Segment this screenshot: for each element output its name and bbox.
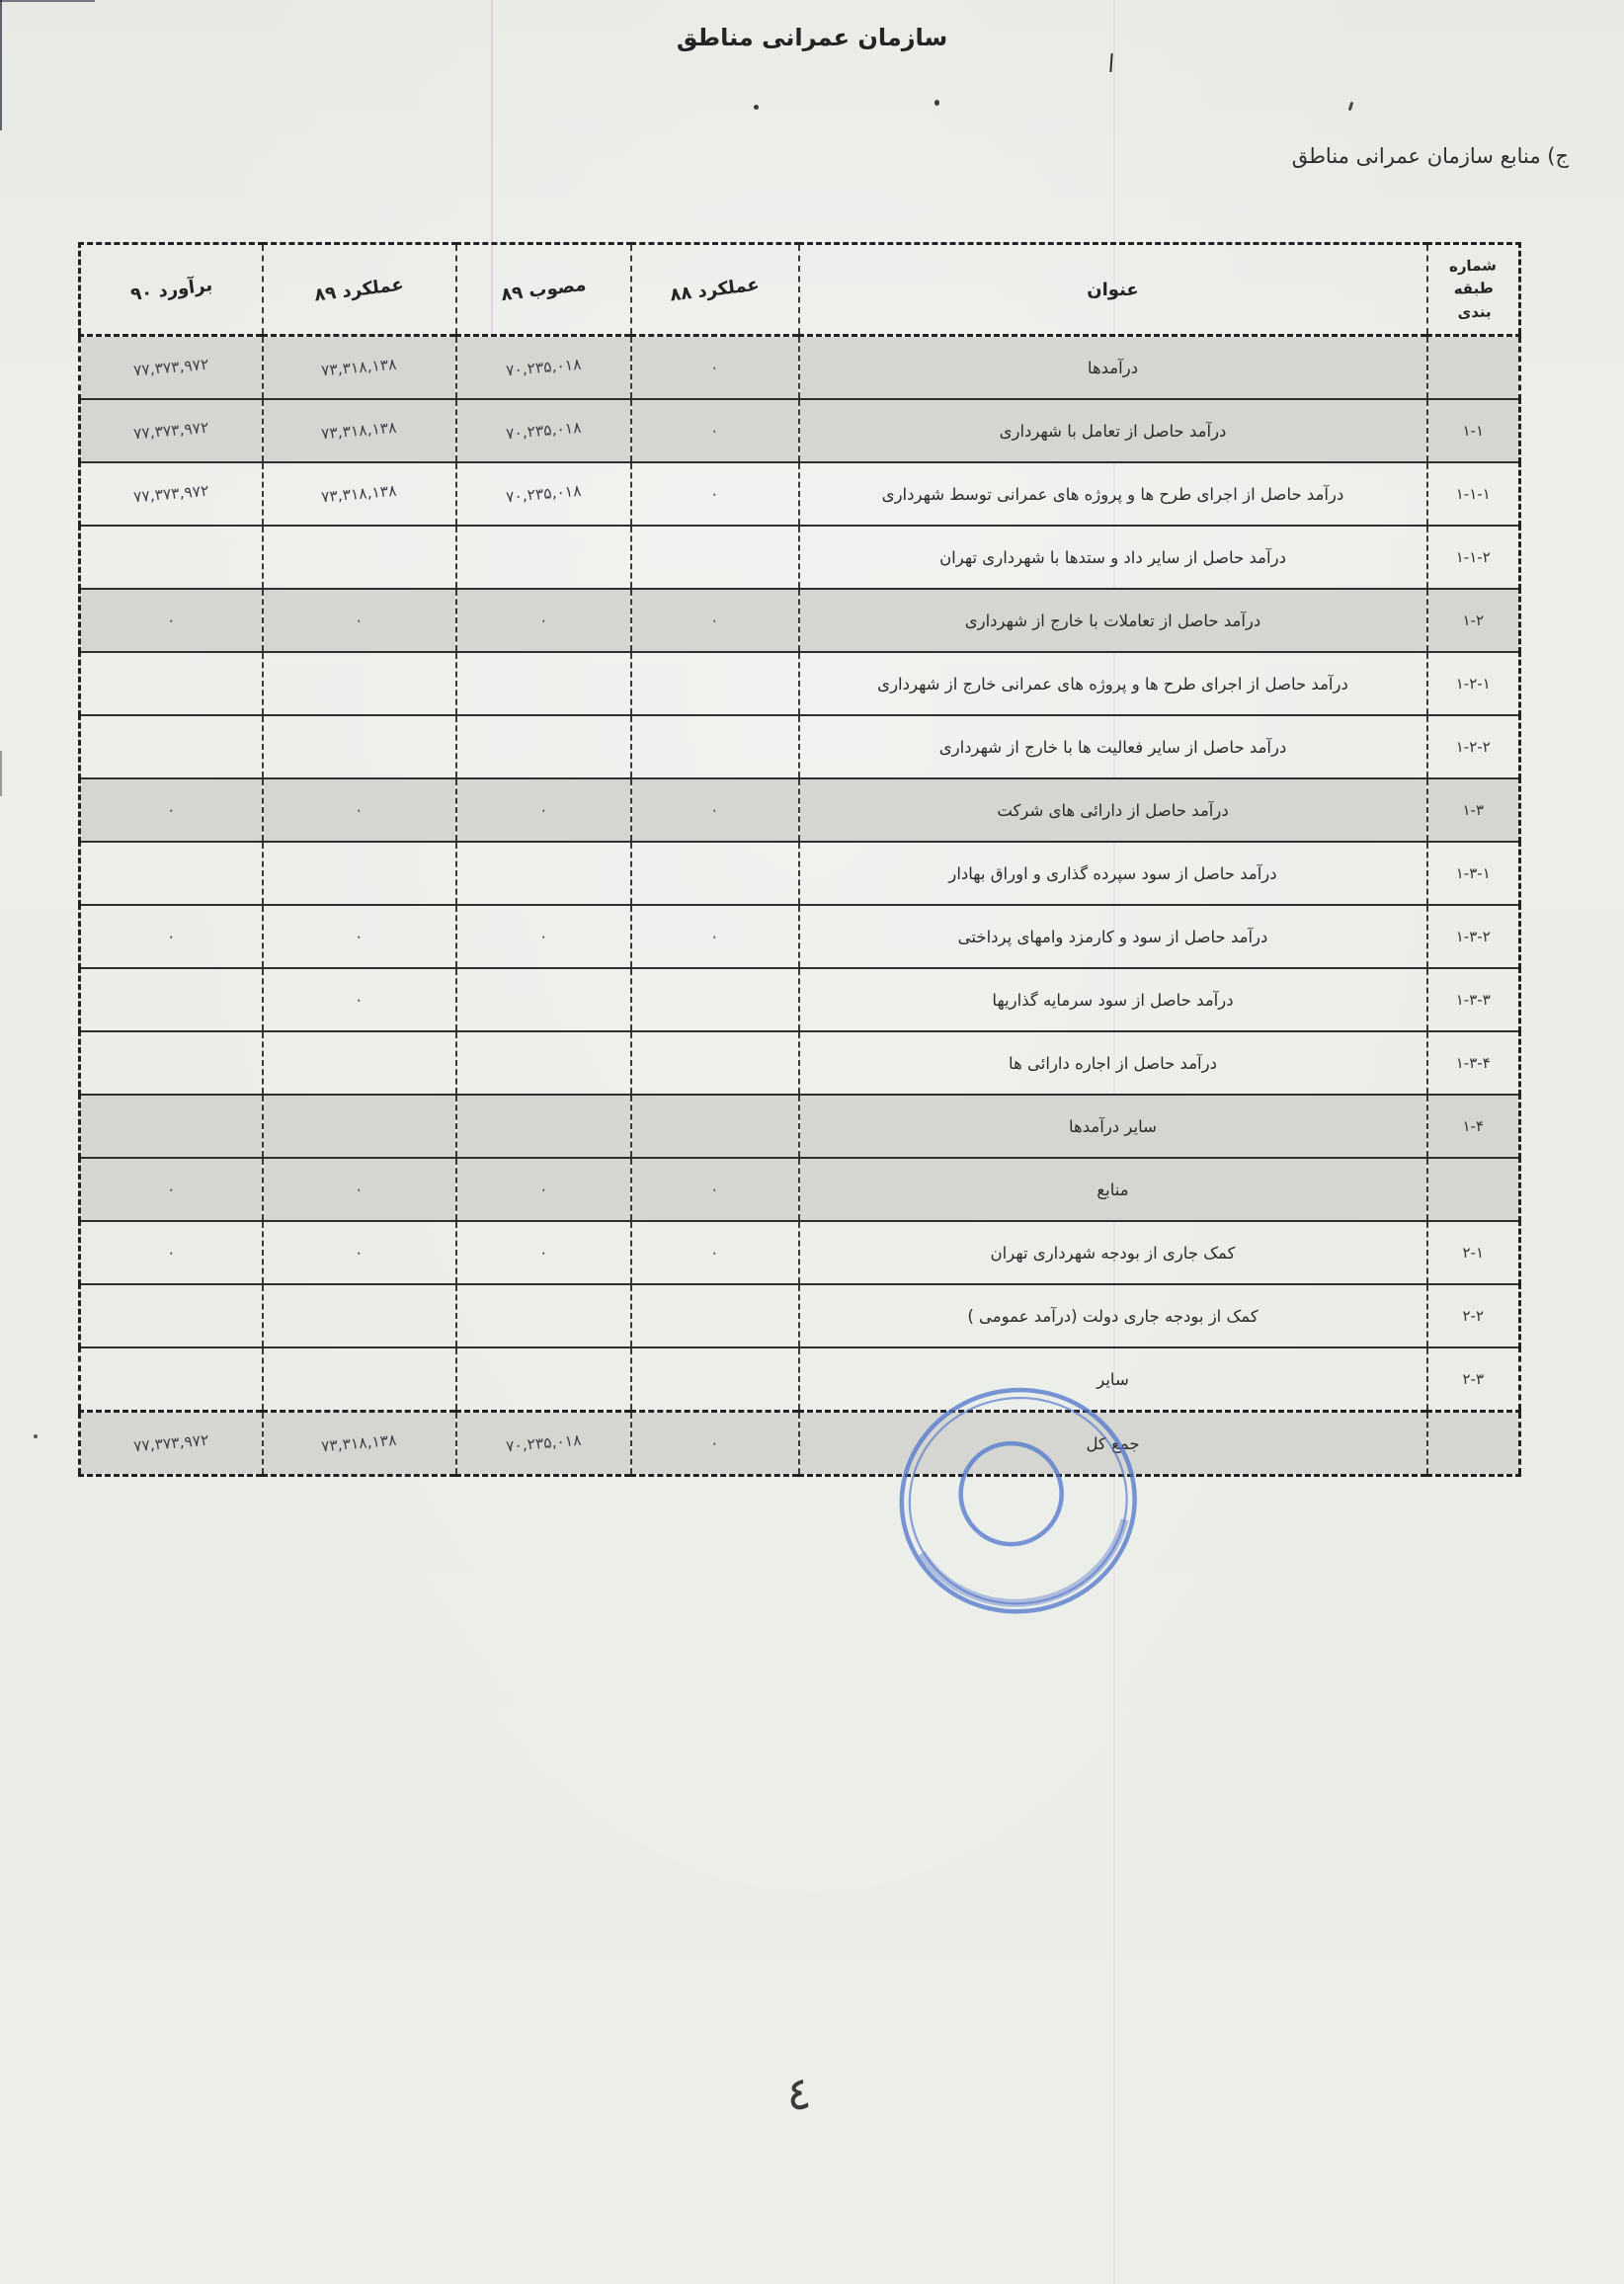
cell-approved-89	[456, 526, 631, 589]
cell-estimate-90	[80, 1347, 263, 1412]
cell-estimate-90	[80, 1095, 263, 1158]
cell-value: ۷۷,۳۷۳,۹۷۲	[132, 356, 209, 380]
header-estimate-90: برآورد ۹۰	[80, 244, 263, 336]
cell-approved-89: ۰	[456, 1221, 631, 1284]
cell-value: ۰	[355, 928, 365, 946]
cell-estimate-90	[80, 526, 263, 589]
cell-estimate-90	[80, 1031, 263, 1095]
table-row: ۱-۳-۴درآمد حاصل از اجاره دارائی ها	[80, 1031, 1520, 1095]
header-class-no-line2: طبقه بندی	[1435, 277, 1511, 325]
cell-perf-89: ۰	[263, 968, 456, 1031]
cell-perf-88	[631, 968, 799, 1031]
cell-value: ۰	[166, 1181, 176, 1199]
cell-perf-89: ۷۳,۳۱۸,۱۳۸	[263, 399, 456, 462]
cell-perf-89	[263, 1284, 456, 1347]
cell-perf-89	[263, 1347, 456, 1412]
cell-perf-88	[631, 1284, 799, 1347]
cell-value: ۰	[355, 991, 365, 1010]
cell-class-no: ۱-۲-۲	[1427, 715, 1520, 778]
table-row: ۲-۱کمک جاری از بودجه شهرداری تهران۰۰۰۰	[80, 1221, 1520, 1284]
cell-estimate-90: ۰	[80, 1158, 263, 1221]
cell-perf-88: ۰	[631, 778, 799, 842]
scan-speck	[754, 105, 759, 110]
cell-value: ۰	[166, 801, 176, 820]
table-header-row: شماره طبقه بندی عنوان عملکرد ۸۸ مصوب ۸۹ …	[80, 244, 1520, 336]
cell-value: ۰	[538, 1181, 548, 1199]
cell-title: درآمد حاصل از اجرای طرح ها و پروژه های ع…	[799, 462, 1427, 526]
cell-perf-88: ۰	[631, 589, 799, 652]
cell-value: ۷۰,۲۳۵,۰۱۸	[505, 419, 582, 444]
cell-approved-89	[456, 1031, 631, 1095]
cell-value: ۰	[710, 1244, 720, 1263]
cell-value: ۰	[538, 1244, 548, 1263]
cell-value: ۰	[538, 801, 548, 820]
cell-perf-89	[263, 1031, 456, 1095]
cell-perf-89: ۷۳,۳۱۸,۱۳۸	[263, 336, 456, 400]
cell-class-no: ۱-۳-۱	[1427, 842, 1520, 905]
council-stamp: شورای اسلامی شهر تهران	[865, 1358, 1175, 1647]
cell-value: ۰	[710, 928, 720, 946]
cell-value: ۰	[355, 1181, 365, 1199]
scan-edge-artifact	[0, 0, 95, 2]
cell-perf-88	[631, 842, 799, 905]
cell-value: ۰	[166, 1244, 176, 1263]
cell-estimate-90	[80, 968, 263, 1031]
header-perf-88: عملکرد ۸۸	[631, 244, 799, 336]
cell-title: درآمد حاصل از اجاره دارائی ها	[799, 1031, 1427, 1095]
cell-estimate-90	[80, 715, 263, 778]
cell-title: درآمد حاصل از سایر داد و ستدها با شهردار…	[799, 526, 1427, 589]
cell-perf-89: ۷۳,۳۱۸,۱۳۸	[263, 1412, 456, 1476]
cell-perf-88: ۰	[631, 1221, 799, 1284]
cell-class-no	[1427, 1158, 1520, 1221]
cell-value: ۰	[710, 1434, 720, 1453]
cell-approved-89: ۷۰,۲۳۵,۰۱۸	[456, 399, 631, 462]
cell-title: درآمد حاصل از سود و کارمزد وامهای پرداخت…	[799, 905, 1427, 968]
cell-value: ۰	[710, 359, 720, 377]
cell-perf-89: ۰	[263, 1221, 456, 1284]
scan-tick-mark	[1109, 53, 1112, 72]
budget-table: شماره طبقه بندی عنوان عملکرد ۸۸ مصوب ۸۹ …	[78, 242, 1521, 1477]
cell-perf-88	[631, 526, 799, 589]
cell-value: ۰	[710, 801, 720, 820]
cell-perf-89: ۰	[263, 905, 456, 968]
cell-perf-88: ۰	[631, 1412, 799, 1476]
cell-class-no: ۱-۳	[1427, 778, 1520, 842]
table-row: ۱-۴سایر درآمدها	[80, 1095, 1520, 1158]
cell-class-no: ۱-۱-۱	[1427, 462, 1520, 526]
scan-edge-artifact	[0, 0, 2, 130]
cell-title: درآمدها	[799, 336, 1427, 400]
cell-class-no: ۲-۲	[1427, 1284, 1520, 1347]
cell-value: ۰	[710, 485, 720, 504]
cell-value: ۰	[166, 928, 176, 946]
cell-value: ۰	[710, 1181, 720, 1199]
cell-class-no: ۲-۱	[1427, 1221, 1520, 1284]
cell-class-no: ۱-۳-۴	[1427, 1031, 1520, 1095]
cell-perf-89	[263, 715, 456, 778]
table-row: درآمدها۰۷۰,۲۳۵,۰۱۸۷۳,۳۱۸,۱۳۸۷۷,۳۷۳,۹۷۲	[80, 336, 1520, 400]
cell-perf-88	[631, 1095, 799, 1158]
cell-approved-89: ۷۰,۲۳۵,۰۱۸	[456, 462, 631, 526]
cell-approved-89	[456, 652, 631, 715]
cell-value: ۰	[355, 801, 365, 820]
table-row: ۱-۱درآمد حاصل از تعامل با شهرداری۰۷۰,۲۳۵…	[80, 399, 1520, 462]
table-row: جمع کل۰۷۰,۲۳۵,۰۱۸۷۳,۳۱۸,۱۳۸۷۷,۳۷۳,۹۷۲	[80, 1412, 1520, 1476]
cell-title: کمک جاری از بودجه شهرداری تهران	[799, 1221, 1427, 1284]
cell-value: ۰	[710, 422, 720, 441]
table-row: ۱-۳-۲درآمد حاصل از سود و کارمزد وامهای پ…	[80, 905, 1520, 968]
cell-approved-89	[456, 968, 631, 1031]
cell-perf-89	[263, 652, 456, 715]
cell-title: درآمد حاصل از دارائی های شرکت	[799, 778, 1427, 842]
cell-approved-89: ۰	[456, 589, 631, 652]
cell-value: ۰	[710, 612, 720, 630]
cell-class-no: ۱-۲	[1427, 589, 1520, 652]
table-row: ۱-۲-۱درآمد حاصل از اجرای طرح ها و پروژه …	[80, 652, 1520, 715]
table-row: ۱-۳-۱درآمد حاصل از سود سپرده گذاری و اور…	[80, 842, 1520, 905]
table-row: ۱-۳درآمد حاصل از دارائی های شرکت۰۰۰۰	[80, 778, 1520, 842]
scan-edge-artifact	[0, 751, 2, 796]
cell-estimate-90: ۰	[80, 905, 263, 968]
cell-estimate-90: ۰	[80, 589, 263, 652]
cell-approved-89: ۷۰,۲۳۵,۰۱۸	[456, 336, 631, 400]
header-class-no-line1: شماره	[1434, 254, 1509, 280]
scan-speck	[934, 100, 939, 106]
cell-class-no: ۱-۳-۳	[1427, 968, 1520, 1031]
cell-perf-88	[631, 1031, 799, 1095]
cell-value: ۷۳,۳۱۸,۱۳۸	[321, 482, 398, 507]
cell-estimate-90	[80, 652, 263, 715]
cell-class-no: ۱-۱-۲	[1427, 526, 1520, 589]
cell-perf-89: ۰	[263, 1158, 456, 1221]
cell-estimate-90: ۰	[80, 1221, 263, 1284]
cell-value: ۰	[355, 1244, 365, 1263]
cell-value: ۷۰,۲۳۵,۰۱۸	[505, 1431, 582, 1456]
cell-estimate-90: ۷۷,۳۷۳,۹۷۲	[80, 336, 263, 400]
cell-class-no: ۲-۳	[1427, 1347, 1520, 1412]
cell-perf-88	[631, 652, 799, 715]
cell-value: ۷۷,۳۷۳,۹۷۲	[132, 1431, 209, 1456]
cell-title: منابع	[799, 1158, 1427, 1221]
cell-perf-89: ۷۳,۳۱۸,۱۳۸	[263, 462, 456, 526]
page-number: ٤	[784, 2066, 813, 2121]
cell-perf-88: ۰	[631, 462, 799, 526]
cell-value: ۰	[166, 612, 176, 630]
cell-class-no: ۱-۴	[1427, 1095, 1520, 1158]
cell-estimate-90: ۷۷,۳۷۳,۹۷۲	[80, 399, 263, 462]
cell-value: ۰	[538, 612, 548, 630]
document-title: سازمان عمرانی مناطق	[0, 24, 1624, 51]
cell-value: ۷۷,۳۷۳,۹۷۲	[132, 482, 209, 507]
table-row: ۱-۲درآمد حاصل از تعاملات با خارج از شهرد…	[80, 589, 1520, 652]
header-approved-89: مصوب ۸۹	[456, 244, 631, 336]
cell-value: ۷۰,۲۳۵,۰۱۸	[505, 356, 582, 380]
stamp-inner-circle	[954, 1436, 1068, 1550]
table-row: ۱-۳-۳درآمد حاصل از سود سرمایه گذاریها۰	[80, 968, 1520, 1031]
cell-estimate-90: ۷۷,۳۷۳,۹۷۲	[80, 462, 263, 526]
budget-table-body: درآمدها۰۷۰,۲۳۵,۰۱۸۷۳,۳۱۸,۱۳۸۷۷,۳۷۳,۹۷۲۱-…	[80, 336, 1520, 1476]
cell-approved-89: ۰	[456, 1158, 631, 1221]
cell-class-no	[1427, 1412, 1520, 1476]
table-row: ۲-۳سایر	[80, 1347, 1520, 1412]
header-title: عنوان	[799, 244, 1427, 336]
scan-speck	[34, 1434, 38, 1438]
cell-approved-89	[456, 1347, 631, 1412]
cell-perf-89	[263, 1095, 456, 1158]
cell-title: درآمد حاصل از تعامل با شهرداری	[799, 399, 1427, 462]
cell-perf-88: ۰	[631, 336, 799, 400]
cell-value: ۷۰,۲۳۵,۰۱۸	[505, 482, 582, 507]
cell-estimate-90: ۷۷,۳۷۳,۹۷۲	[80, 1412, 263, 1476]
cell-title: کمک از بودجه جاری دولت (درآمد عمومی )	[799, 1284, 1427, 1347]
cell-title: درآمد حاصل از سود سرمایه گذاریها	[799, 968, 1427, 1031]
cell-estimate-90	[80, 842, 263, 905]
cell-perf-88: ۰	[631, 1158, 799, 1221]
cell-value: ۷۷,۳۷۳,۹۷۲	[132, 419, 209, 444]
cell-title: درآمد حاصل از سایر فعالیت ها با خارج از …	[799, 715, 1427, 778]
table-row: ۱-۱-۲درآمد حاصل از سایر داد و ستدها با ش…	[80, 526, 1520, 589]
cell-value: ۰	[355, 612, 365, 630]
cell-class-no: ۱-۲-۱	[1427, 652, 1520, 715]
cell-value: ۷۳,۳۱۸,۱۳۸	[321, 419, 398, 444]
cell-perf-88	[631, 715, 799, 778]
cell-approved-89	[456, 1095, 631, 1158]
cell-approved-89	[456, 715, 631, 778]
cell-class-no	[1427, 336, 1520, 400]
cell-approved-89	[456, 842, 631, 905]
cell-title: سایر درآمدها	[799, 1095, 1427, 1158]
stamp-rings	[887, 1375, 1149, 1627]
header-perf-89: عملکرد ۸۹	[263, 244, 456, 336]
cell-title: درآمد حاصل از تعاملات با خارج از شهرداری	[799, 589, 1427, 652]
scan-tick-mark	[1348, 102, 1354, 111]
cell-estimate-90: ۰	[80, 778, 263, 842]
cell-title: درآمد حاصل از سود سپرده گذاری و اوراق به…	[799, 842, 1427, 905]
cell-perf-89	[263, 526, 456, 589]
scanned-document-page: سازمان عمرانی مناطق ج) منابع سازمان عمرا…	[0, 0, 1624, 2284]
cell-value: ۷۳,۳۱۸,۱۳۸	[321, 356, 398, 380]
cell-approved-89: ۰	[456, 905, 631, 968]
table-row: ۱-۱-۱درآمد حاصل از اجرای طرح ها و پروژه …	[80, 462, 1520, 526]
cell-approved-89: ۷۰,۲۳۵,۰۱۸	[456, 1412, 631, 1476]
section-heading: ج) منابع سازمان عمرانی مناطق	[1292, 144, 1569, 168]
cell-class-no: ۱-۳-۲	[1427, 905, 1520, 968]
cell-perf-89: ۰	[263, 589, 456, 652]
cell-estimate-90	[80, 1284, 263, 1347]
table-row: ۱-۲-۲درآمد حاصل از سایر فعالیت ها با خار…	[80, 715, 1520, 778]
cell-value: ۷۳,۳۱۸,۱۳۸	[321, 1431, 398, 1456]
header-class-no: شماره طبقه بندی	[1427, 244, 1520, 336]
table-row: منابع۰۰۰۰	[80, 1158, 1520, 1221]
cell-perf-88: ۰	[631, 905, 799, 968]
cell-value: ۰	[538, 928, 548, 946]
cell-perf-88: ۰	[631, 399, 799, 462]
cell-class-no: ۱-۱	[1427, 399, 1520, 462]
cell-perf-89: ۰	[263, 778, 456, 842]
cell-approved-89	[456, 1284, 631, 1347]
cell-approved-89: ۰	[456, 778, 631, 842]
cell-title: درآمد حاصل از اجرای طرح ها و پروژه های ع…	[799, 652, 1427, 715]
cell-perf-89	[263, 842, 456, 905]
table-row: ۲-۲کمک از بودجه جاری دولت (درآمد عمومی )	[80, 1284, 1520, 1347]
cell-perf-88	[631, 1347, 799, 1412]
